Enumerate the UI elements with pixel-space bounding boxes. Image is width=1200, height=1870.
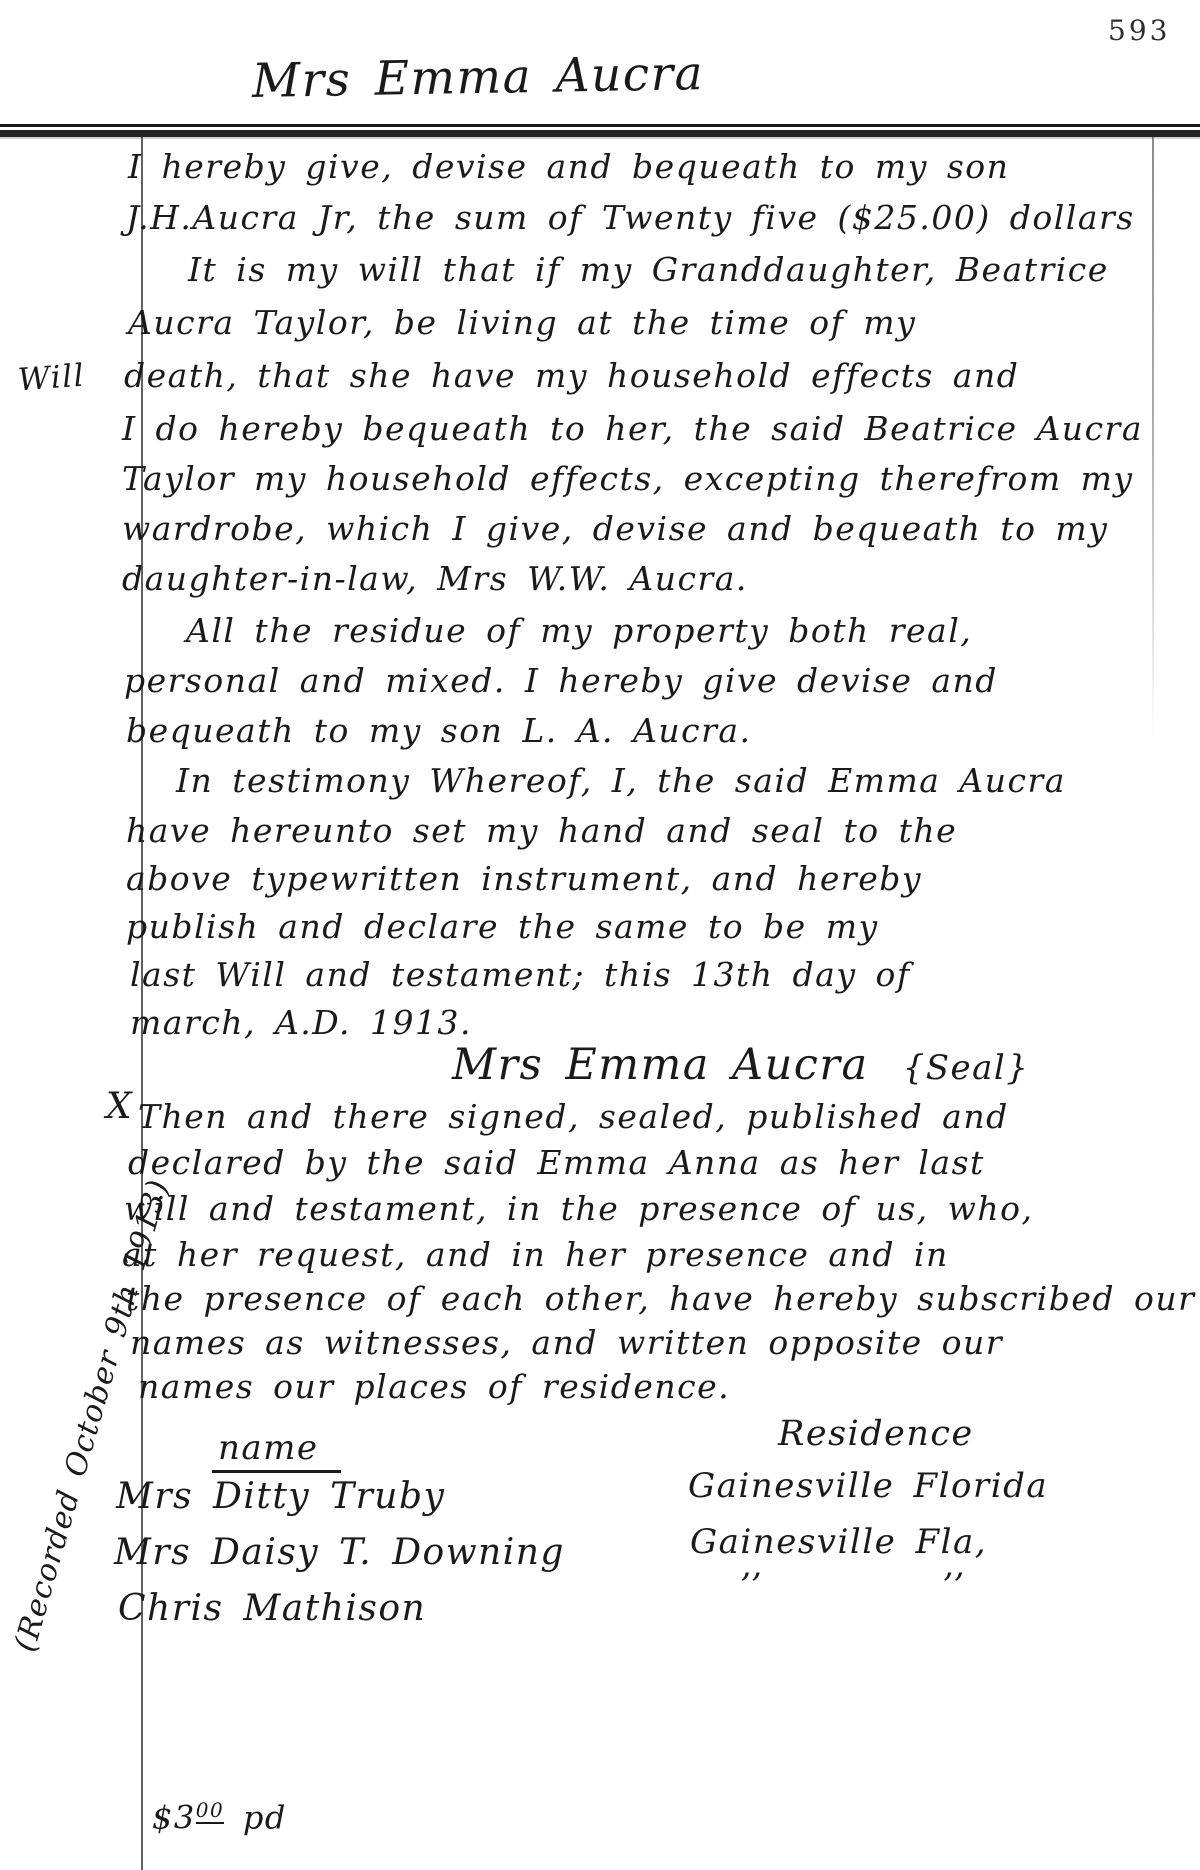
body-line: have hereunto set my hand and seal to th… (126, 814, 957, 847)
fee-paid-label: pd (243, 1799, 287, 1837)
body-line: daughter-in-law, Mrs W.W. Aucra. (122, 562, 748, 595)
witness-name: Mrs Ditty Truby (116, 1476, 445, 1517)
witness-residence: Gainesville Florida (688, 1466, 1048, 1506)
testator-signature: Mrs Emma Aucra (452, 1040, 869, 1090)
witness-residence-ditto: ’’ ’’ (740, 1566, 964, 1606)
body-line: declared by the said Emma Anna as her la… (128, 1146, 985, 1179)
witness-residence-header: Residence (778, 1414, 974, 1454)
margin-label-will: Will (17, 358, 86, 399)
body-line: In testimony Whereof, I, the said Emma A… (176, 764, 1066, 797)
body-line: J.H.Aucra Jr, the sum of Twenty five ($2… (126, 201, 1135, 234)
body-line: march, A.D. 1913. (130, 1006, 472, 1039)
header-rule-bottom (0, 130, 1200, 137)
body-line: personal and mixed. I hereby give devise… (124, 664, 998, 697)
body-line: Then and there signed, sealed, published… (138, 1100, 1009, 1133)
will-ledger-page: 593 Mrs Emma Aucra Will (Recorded Octobe… (0, 0, 1200, 1870)
body-line: at her request, and in her presence and … (122, 1238, 949, 1271)
body-line: the presence of each other, have hereby … (126, 1282, 1195, 1315)
body-line: names as witnesses, and written opposite… (130, 1326, 1003, 1359)
fee-cents: 00 (196, 1798, 224, 1824)
fee-amount: $3 (152, 1799, 196, 1837)
page-number: 593 (1108, 14, 1170, 47)
body-line: names our places of residence. (138, 1370, 730, 1403)
right-margin-rule (1152, 137, 1154, 737)
seal-mark: {Seal} (903, 1048, 1030, 1088)
body-line: above typewritten instrument, and hereby (126, 862, 922, 895)
recording-fee-note: $300 pd (152, 1798, 287, 1837)
body-line: All the residue of my property both real… (186, 614, 972, 647)
body-line: death, that she have my household effect… (124, 359, 1019, 392)
body-line: Taylor my household effects, excepting t… (122, 462, 1134, 495)
document-title: Mrs Emma Aucra (252, 46, 705, 109)
attestation-cross-mark: X (106, 1086, 133, 1127)
witness-residence: Gainesville Fla, (690, 1522, 987, 1562)
body-line: Aucra Taylor, be living at the time of m… (128, 306, 916, 339)
body-line: bequeath to my son L. A. Aucra. (126, 714, 752, 747)
body-line: wardrobe, which I give, devise and beque… (122, 512, 1108, 545)
body-line: I hereby give, devise and bequeath to my… (128, 150, 1009, 183)
witness-name-header: name (212, 1428, 341, 1473)
testator-signature-row: Mrs Emma Aucra {Seal} (452, 1040, 1029, 1090)
body-line: It is my will that if my Granddaughter, … (188, 253, 1109, 286)
witness-name: Mrs Daisy T. Downing (114, 1532, 565, 1573)
body-line: publish and declare the same to be my (126, 910, 879, 943)
witness-name: Chris Mathison (118, 1588, 426, 1629)
header-rule-top (0, 124, 1200, 127)
body-line: will and testament, in the presence of u… (124, 1192, 1034, 1225)
body-line: I do hereby bequeath to her, the said Be… (122, 412, 1143, 445)
body-line: last Will and testament; this 13th day o… (130, 958, 911, 991)
